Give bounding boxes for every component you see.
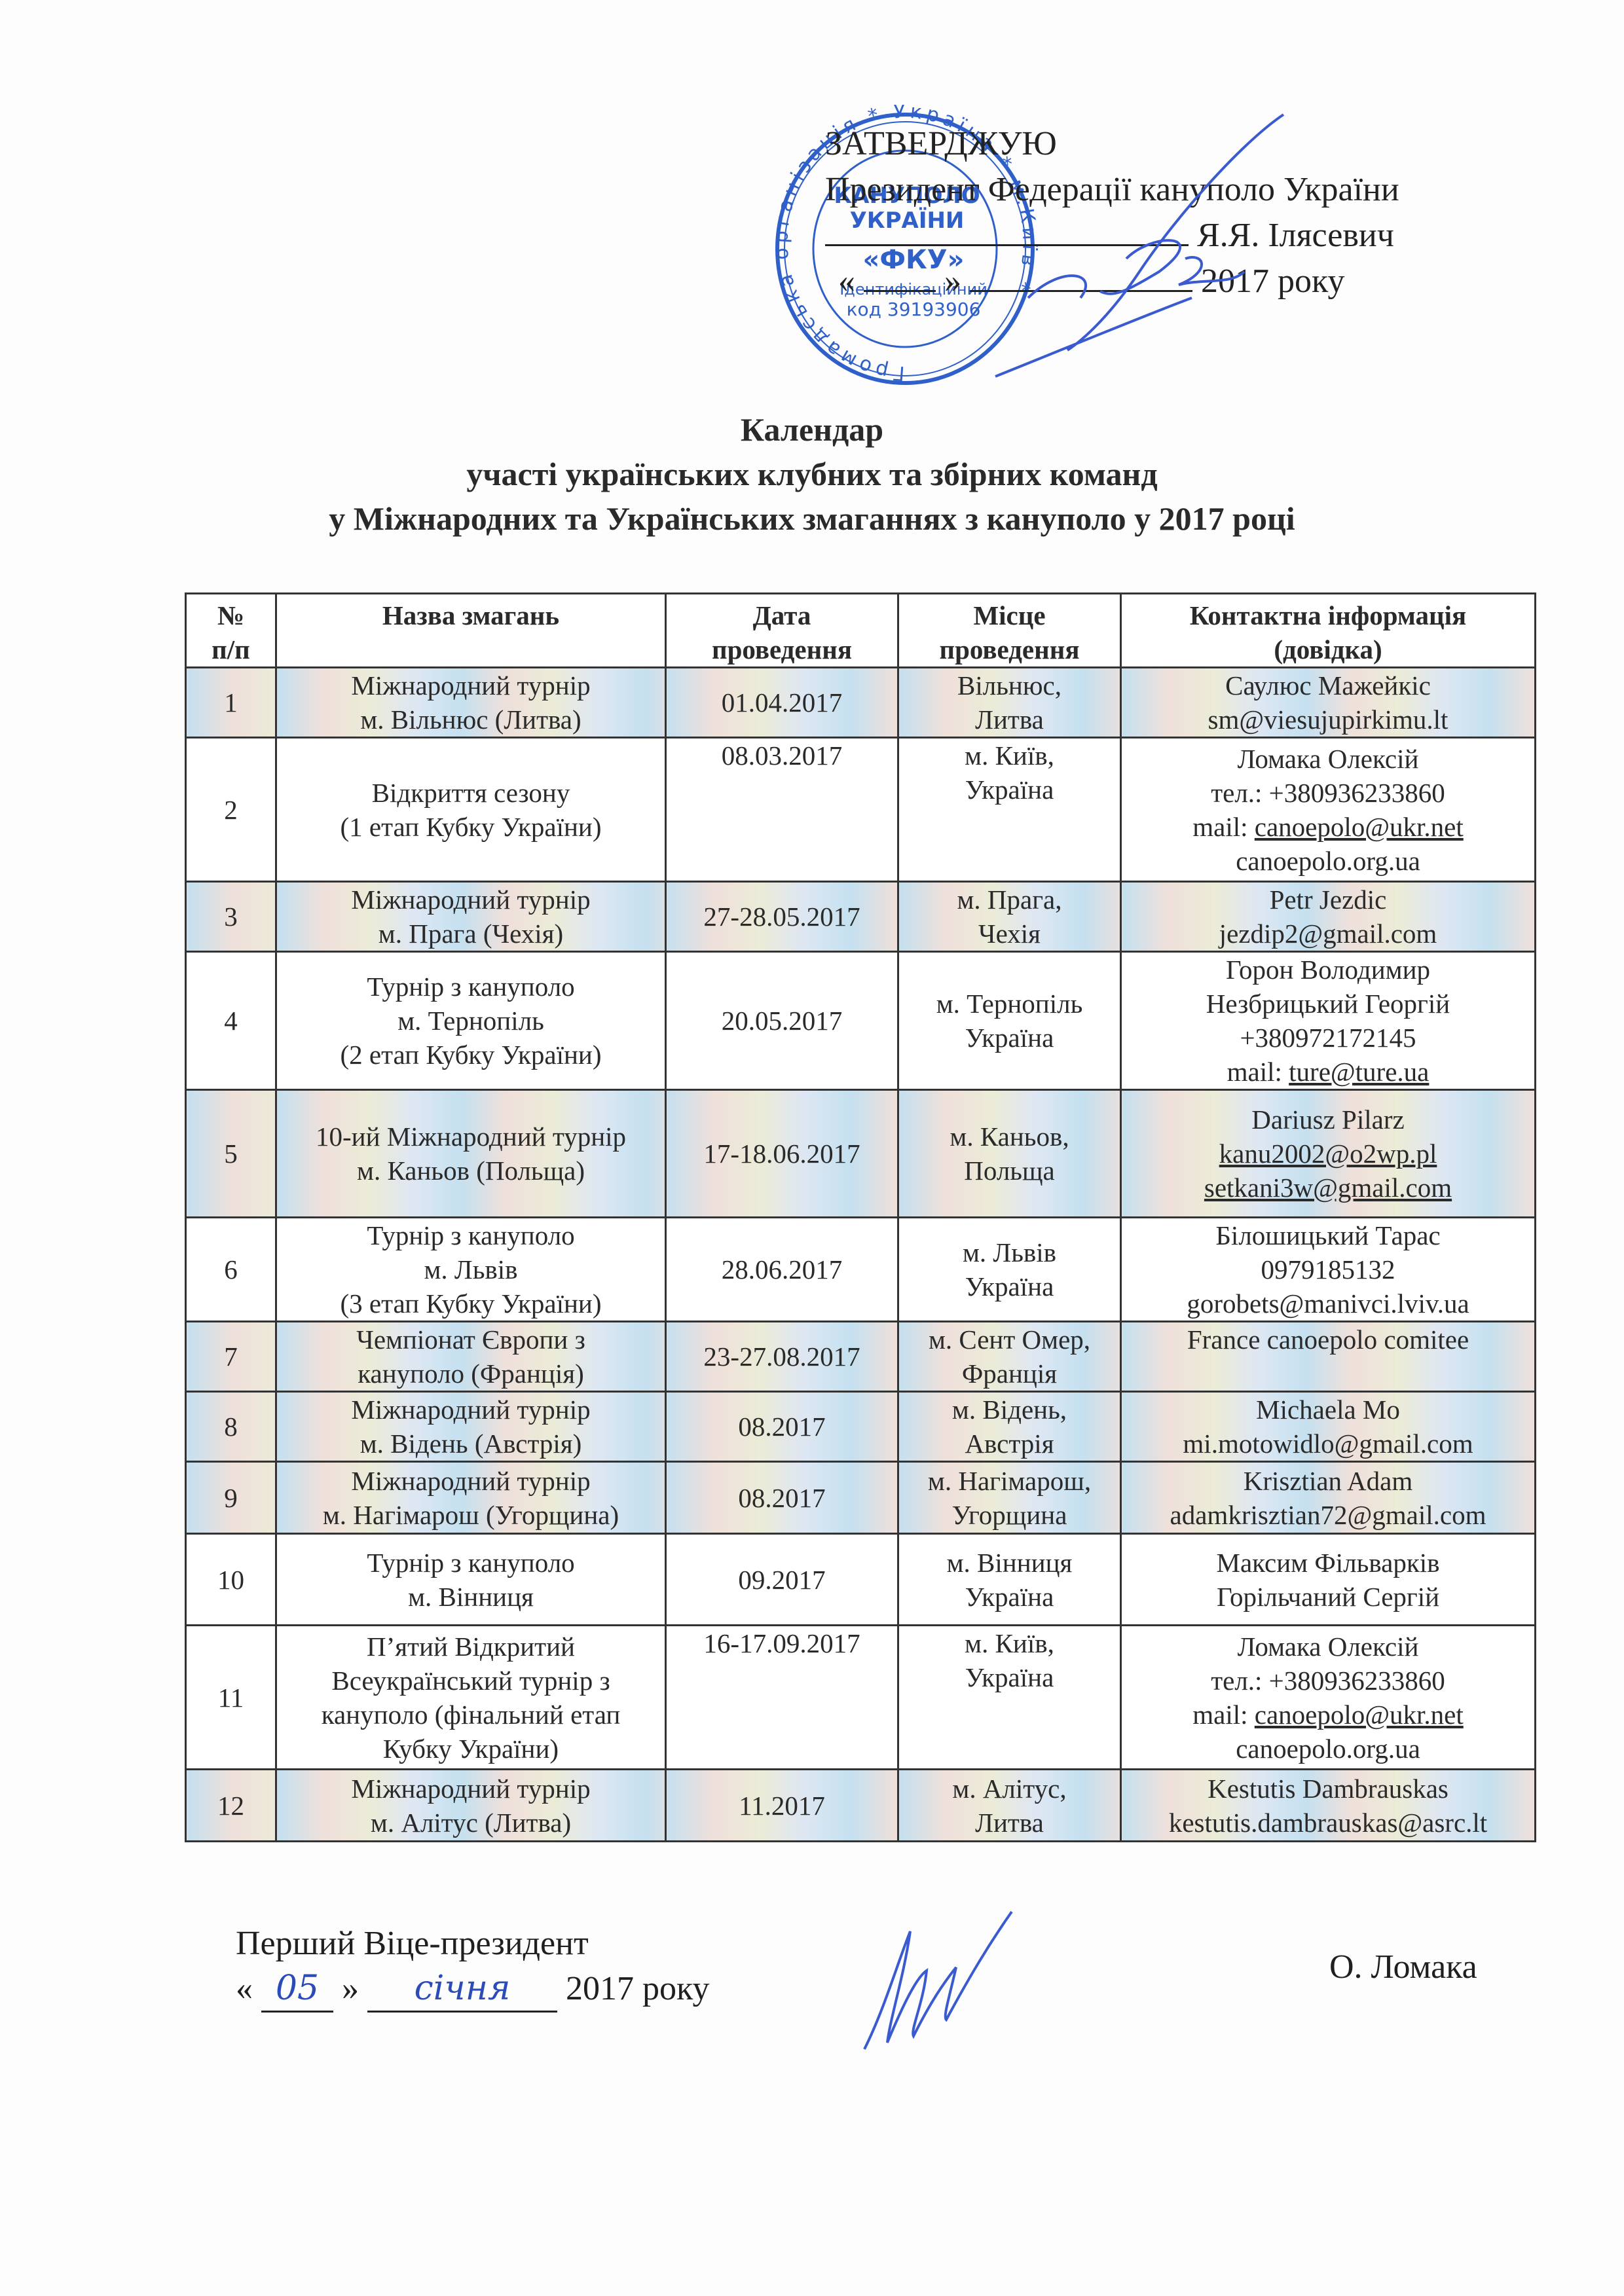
cell-place-line: м. Київ,	[902, 1626, 1117, 1660]
cell-contact-line: тел.: +380936233860	[1124, 1664, 1532, 1698]
cell-contact-line: Ломака Олексій	[1124, 742, 1532, 776]
cell-competition-name-line: Кубку України)	[280, 1732, 662, 1766]
cell-competition-name-line: м. Прага (Чехія)	[280, 917, 662, 951]
cell-contact-line[interactable]: setkani3w@gmail.com	[1124, 1171, 1532, 1205]
cell-place: м. Київ,Україна	[898, 1626, 1121, 1770]
cell-competition-name-line: Відкриття сезону	[280, 776, 662, 810]
cell-competition-name-line: (3 етап Кубку України)	[280, 1286, 662, 1321]
cell-contact: Горон ВолодимирНезбрицький Георгій+38097…	[1121, 952, 1536, 1090]
cell-number: 4	[186, 952, 276, 1090]
cell-contact-line: Dariusz Pilarz	[1124, 1102, 1532, 1137]
header-number: №п/п	[186, 594, 276, 668]
cell-competition-name-line: м. Нагімарош (Угорщина)	[280, 1498, 662, 1532]
cell-place-line: Вільнюс,	[902, 668, 1117, 702]
cell-contact-line: Горон Володимир	[1124, 953, 1532, 987]
footer-block: Перший Віце-президент « 05 » січня 2017 …	[236, 1922, 710, 2013]
cell-place-line: м. Вінниця	[902, 1546, 1117, 1580]
footer-date-open-quote: «	[236, 1970, 253, 2007]
cell-place-line: Польща	[902, 1154, 1117, 1188]
cell-contact-line[interactable]: kanu2002@o2wp.pl	[1124, 1137, 1532, 1171]
cell-place-line: Литва	[902, 1806, 1117, 1840]
cell-contact-line: +380972172145	[1124, 1021, 1532, 1055]
cell-competition-name: 10-ий Міжнародний турнірм. Каньов (Польщ…	[276, 1090, 666, 1218]
cell-contact: Саулюс Мажейкісsm@viesujupirkimu.lt	[1121, 668, 1536, 738]
cell-contact-line[interactable]: mail: canoepolo@ukr.net	[1124, 1698, 1532, 1732]
cell-competition-name-line: Чемпіонат Європи з	[280, 1322, 662, 1357]
cell-contact-line[interactable]: gorobets@manivci.lviv.ua	[1124, 1286, 1532, 1321]
header-place: Місцепроведення	[898, 594, 1121, 668]
footer-year: 2017 року	[566, 1970, 710, 2007]
cell-competition-name-line: кануполо (Франція)	[280, 1357, 662, 1391]
cell-contact: Krisztian Adamadamkrisztian72@gmail.com	[1121, 1462, 1536, 1534]
cell-place-line: м. Каньов,	[902, 1120, 1117, 1154]
cell-date-line: 16-17.09.2017	[669, 1626, 895, 1660]
cell-date-line: 23-27.08.2017	[669, 1339, 895, 1374]
cell-contact-line[interactable]: kestutis.dambrauskas@asrc.lt	[1124, 1806, 1532, 1840]
cell-contact: Максим ФільварківГорільчаний Сергій	[1121, 1534, 1536, 1626]
vice-president-position: Перший Віце-президент	[236, 1922, 710, 1966]
table-row: 8Міжнародний турнірм. Відень (Австрія)08…	[186, 1392, 1536, 1462]
document-subtitle-1: участі українських клубних та збірних ко…	[0, 452, 1624, 496]
cell-place-line: Україна	[902, 1021, 1117, 1055]
header-name: Назва змагань	[276, 594, 666, 668]
footer-handwritten-month: січня	[367, 1966, 557, 2013]
cell-competition-name-line: Міжнародний турнір	[280, 883, 662, 917]
approval-date-open-quote: «	[838, 263, 855, 300]
competition-calendar-table: №п/п Назва змагань Датапроведення Місцеп…	[185, 592, 1536, 1842]
cell-number: 9	[186, 1462, 276, 1534]
cell-place-line: м. Сент Омер,	[902, 1322, 1117, 1357]
cell-number: 3	[186, 882, 276, 952]
cell-number: 7	[186, 1322, 276, 1392]
cell-number: 1	[186, 668, 276, 738]
cell-competition-name-line: Турнір з кануполо	[280, 1218, 662, 1252]
cell-place-line: м. Прага,	[902, 883, 1117, 917]
table-row: 7Чемпіонат Європи зкануполо (Франція)23-…	[186, 1322, 1536, 1392]
email-link[interactable]: canoepolo@ukr.net	[1255, 812, 1464, 842]
cell-place: м. Відень,Австрія	[898, 1392, 1121, 1462]
cell-competition-name-line: Турнір з кануполо	[280, 1546, 662, 1580]
cell-number-line: 3	[189, 900, 272, 934]
approval-day-blank	[864, 290, 936, 292]
cell-number-line: 5	[189, 1137, 272, 1171]
cell-competition-name-line: м. Вільнюс (Литва)	[280, 702, 662, 737]
cell-place: м. Прага,Чехія	[898, 882, 1121, 952]
cell-date: 08.03.2017	[666, 738, 898, 882]
cell-contact-line[interactable]: mi.motowidlo@gmail.com	[1124, 1427, 1532, 1461]
cell-number-line: 1	[189, 685, 272, 720]
cell-contact-line: тел.: +380936233860	[1124, 776, 1532, 810]
document-title: Календар	[0, 407, 1624, 452]
cell-competition-name: Відкриття сезону(1 етап Кубку України)	[276, 738, 666, 882]
cell-competition-name-line: Турнір з кануполо	[280, 970, 662, 1004]
cell-contact-line[interactable]: mail: ture@ture.ua	[1124, 1055, 1532, 1089]
cell-place-line: Україна	[902, 773, 1117, 807]
cell-place-line: Литва	[902, 702, 1117, 737]
cell-contact: Michaela Momi.motowidlo@gmail.com	[1121, 1392, 1536, 1462]
cell-date-line: 08.2017	[669, 1481, 895, 1515]
table-row: 1Міжнародний турнірм. Вільнюс (Литва)01.…	[186, 668, 1536, 738]
table-row: 12Міжнародний турнірм. Алітус (Литва)11.…	[186, 1770, 1536, 1842]
table-row: 10Турнір з кануполом. Вінниця09.2017м. В…	[186, 1534, 1536, 1626]
cell-contact-line: Petr Jezdic	[1124, 883, 1532, 917]
cell-place-line: м. Нагімарош,	[902, 1464, 1117, 1498]
cell-competition-name-line: (2 етап Кубку України)	[280, 1038, 662, 1072]
cell-competition-name: Міжнародний турнірм. Відень (Австрія)	[276, 1392, 666, 1462]
cell-contact-line: Krisztian Adam	[1124, 1464, 1532, 1498]
cell-place: м. Нагімарош,Угорщина	[898, 1462, 1121, 1534]
cell-contact-line: Незбрицький Георгій	[1124, 987, 1532, 1021]
cell-competition-name: Турнір з кануполом. Львів(3 етап Кубку У…	[276, 1218, 666, 1322]
cell-competition-name-line: м. Алітус (Литва)	[280, 1806, 662, 1840]
cell-competition-name: Міжнародний турнірм. Нагімарош (Угорщина…	[276, 1462, 666, 1534]
cell-competition-name-line: м. Каньов (Польща)	[280, 1154, 662, 1188]
cell-number: 6	[186, 1218, 276, 1322]
cell-number-line: 2	[189, 793, 272, 827]
table-row: 510-ий Міжнародний турнірм. Каньов (Поль…	[186, 1090, 1536, 1218]
cell-competition-name-line: Всеукраїнський турнір з	[280, 1664, 662, 1698]
cell-contact-line[interactable]: sm@viesujupirkimu.lt	[1124, 702, 1532, 737]
cell-contact-line: Kestutis Dambrauskas	[1124, 1772, 1532, 1806]
cell-place-line: Австрія	[902, 1427, 1117, 1461]
cell-number-line: 9	[189, 1481, 272, 1515]
cell-contact-line[interactable]: adamkrisztian72@gmail.com	[1124, 1498, 1532, 1532]
table-row: 6Турнір з кануполом. Львів(3 етап Кубку …	[186, 1218, 1536, 1322]
email-link[interactable]: canoepolo@ukr.net	[1255, 1700, 1464, 1730]
cell-contact: Petr Jezdicjezdip2@gmail.com	[1121, 882, 1536, 952]
president-signature	[930, 101, 1323, 416]
cell-place: м. Алітус,Литва	[898, 1770, 1121, 1842]
cell-number-line: 12	[189, 1789, 272, 1823]
cell-competition-name: Чемпіонат Європи зкануполо (Франція)	[276, 1322, 666, 1392]
cell-date-line: 09.2017	[669, 1563, 895, 1597]
table-row: 9Міжнародний турнірм. Нагімарош (Угорщин…	[186, 1462, 1536, 1534]
cell-competition-name: Турнір з кануполом. Тернопіль(2 етап Куб…	[276, 952, 666, 1090]
cell-contact-line: Максим Фільварків	[1124, 1546, 1532, 1580]
cell-competition-name-line: Міжнародний турнір	[280, 1464, 662, 1498]
cell-number-line: 11	[189, 1681, 272, 1715]
cell-date-line: 08.03.2017	[669, 738, 895, 773]
cell-contact: France canoepolo comitee	[1121, 1322, 1536, 1392]
cell-date-line: 11.2017	[669, 1789, 895, 1823]
table-header-row: №п/п Назва змагань Датапроведення Місцеп…	[186, 594, 1536, 668]
cell-date: 08.2017	[666, 1392, 898, 1462]
cell-date: 17-18.06.2017	[666, 1090, 898, 1218]
cell-date: 23-27.08.2017	[666, 1322, 898, 1392]
cell-contact-line: Горільчаний Сергій	[1124, 1580, 1532, 1614]
cell-date: 20.05.2017	[666, 952, 898, 1090]
cell-competition-name: Турнір з кануполом. Вінниця	[276, 1534, 666, 1626]
cell-place: м. Сент Омер,Франція	[898, 1322, 1121, 1392]
table-row: 3Міжнародний турнірм. Прага (Чехія)27-28…	[186, 882, 1536, 952]
cell-competition-name-line: П’ятий Відкритий	[280, 1630, 662, 1664]
cell-date: 08.2017	[666, 1462, 898, 1534]
cell-competition-name: П’ятий ВідкритийВсеукраїнський турнір зк…	[276, 1626, 666, 1770]
vice-president-signature	[858, 1905, 1028, 2056]
cell-competition-name: Міжнародний турнірм. Прага (Чехія)	[276, 882, 666, 952]
cell-contact-line: France canoepolo comitee	[1124, 1322, 1532, 1357]
cell-contact: Ломака Олексійтел.: +380936233860mail: c…	[1121, 738, 1536, 882]
cell-number: 12	[186, 1770, 276, 1842]
table-body: 1Міжнародний турнірм. Вільнюс (Литва)01.…	[186, 668, 1536, 1842]
cell-place-line: м. Київ,	[902, 738, 1117, 773]
cell-contact-line: Саулюс Мажейкіс	[1124, 668, 1532, 702]
cell-competition-name-line: (1 етап Кубку України)	[280, 810, 662, 844]
cell-date: 01.04.2017	[666, 668, 898, 738]
cell-place: м. Київ,Україна	[898, 738, 1121, 882]
cell-place-line: м. Алітус,	[902, 1772, 1117, 1806]
cell-contact: Dariusz Pilarzkanu2002@o2wp.plsetkani3w@…	[1121, 1090, 1536, 1218]
cell-place-line: м. Львів	[902, 1235, 1117, 1269]
cell-competition-name-line: м. Тернопіль	[280, 1004, 662, 1038]
cell-place: м. Каньов,Польща	[898, 1090, 1121, 1218]
cell-place: м. ЛьвівУкраїна	[898, 1218, 1121, 1322]
cell-date-line: 17-18.06.2017	[669, 1137, 895, 1171]
cell-contact-line: 0979185132	[1124, 1252, 1532, 1286]
cell-number-line: 8	[189, 1410, 272, 1444]
email-link[interactable]: ture@ture.ua	[1289, 1057, 1429, 1087]
document-subtitle-2: у Міжнародних та Українських змаганнях з…	[0, 496, 1624, 541]
cell-date-line: 28.06.2017	[669, 1252, 895, 1286]
cell-contact-line: Ломака Олексій	[1124, 1630, 1532, 1664]
cell-place-line: Україна	[902, 1269, 1117, 1303]
cell-competition-name: Міжнародний турнірм. Вільнюс (Литва)	[276, 668, 666, 738]
cell-date-line: 20.05.2017	[669, 1004, 895, 1038]
cell-place-line: м. Відень,	[902, 1393, 1117, 1427]
table-row: 4Турнір з кануполом. Тернопіль(2 етап Ку…	[186, 952, 1536, 1090]
footer-handwritten-day: 05	[261, 1966, 333, 2013]
cell-number-line: 6	[189, 1252, 272, 1286]
cell-number-line: 7	[189, 1339, 272, 1374]
cell-competition-name: Міжнародний турнірм. Алітус (Литва)	[276, 1770, 666, 1842]
cell-contact-line: Michaela Mo	[1124, 1393, 1532, 1427]
cell-date: 28.06.2017	[666, 1218, 898, 1322]
cell-place-line: Франція	[902, 1357, 1117, 1391]
cell-contact-line[interactable]: jezdip2@gmail.com	[1124, 917, 1532, 951]
vice-president-name: О. Ломака	[1329, 1948, 1477, 1986]
cell-competition-name-line: м. Львів	[280, 1252, 662, 1286]
cell-contact-line[interactable]: mail: canoepolo@ukr.net	[1124, 810, 1532, 844]
cell-competition-name-line: Міжнародний турнір	[280, 668, 662, 702]
cell-date-line: 27-28.05.2017	[669, 900, 895, 934]
cell-contact-line: Білошицький Тарас	[1124, 1218, 1532, 1252]
cell-date: 16-17.09.2017	[666, 1626, 898, 1770]
cell-contact: Білошицький Тарас0979185132gorobets@mani…	[1121, 1218, 1536, 1322]
cell-date: 09.2017	[666, 1534, 898, 1626]
cell-number-line: 4	[189, 1004, 272, 1038]
cell-place: м. ВінницяУкраїна	[898, 1534, 1121, 1626]
cell-competition-name-line: кануполо (фінальний етап	[280, 1698, 662, 1732]
cell-place-line: Угорщина	[902, 1498, 1117, 1532]
header-date: Датапроведення	[666, 594, 898, 668]
cell-number: 8	[186, 1392, 276, 1462]
cell-competition-name-line: Міжнародний турнір	[280, 1772, 662, 1806]
cell-date-line: 08.2017	[669, 1410, 895, 1444]
cell-competition-name-line: 10-ий Міжнародний турнір	[280, 1120, 662, 1154]
cell-date: 11.2017	[666, 1770, 898, 1842]
cell-place-line: Україна	[902, 1660, 1117, 1694]
cell-number: 2	[186, 738, 276, 882]
cell-number: 5	[186, 1090, 276, 1218]
cell-contact: Kestutis Dambrauskaskestutis.dambrauskas…	[1121, 1770, 1536, 1842]
cell-contact-line[interactable]: canoepolo.org.ua	[1124, 1732, 1532, 1766]
cell-number-line: 10	[189, 1563, 272, 1597]
cell-number: 10	[186, 1534, 276, 1626]
cell-number: 11	[186, 1626, 276, 1770]
cell-place-line: Україна	[902, 1580, 1117, 1614]
cell-contact: Ломака Олексійтел.: +380936233860mail: c…	[1121, 1626, 1536, 1770]
cell-place: Вільнюс,Литва	[898, 668, 1121, 738]
header-contact: Контактна інформація(довідка)	[1121, 594, 1536, 668]
table-row: 11П’ятий ВідкритийВсеукраїнський турнір …	[186, 1626, 1536, 1770]
cell-date-line: 01.04.2017	[669, 685, 895, 720]
cell-date: 27-28.05.2017	[666, 882, 898, 952]
cell-place-line: м. Тернопіль	[902, 987, 1117, 1021]
cell-competition-name-line: м. Вінниця	[280, 1580, 662, 1614]
footer-date-close-quote: »	[342, 1970, 359, 2007]
cell-place-line: Чехія	[902, 917, 1117, 951]
cell-competition-name-line: м. Відень (Австрія)	[280, 1427, 662, 1461]
cell-competition-name-line: Міжнародний турнір	[280, 1393, 662, 1427]
cell-contact-line[interactable]: canoepolo.org.ua	[1124, 844, 1532, 878]
cell-place: м. ТернопільУкраїна	[898, 952, 1121, 1090]
table-row: 2Відкриття сезону(1 етап Кубку України)0…	[186, 738, 1536, 882]
